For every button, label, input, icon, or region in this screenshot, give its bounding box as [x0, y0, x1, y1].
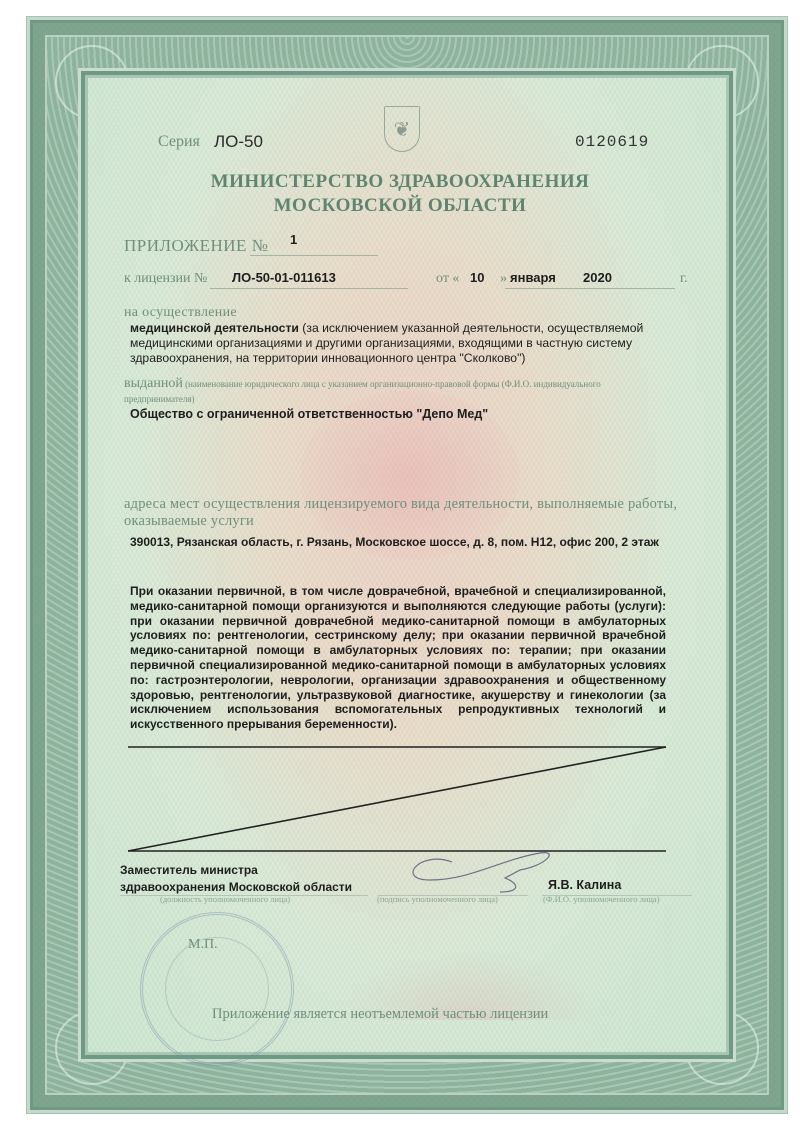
document-field	[85, 75, 729, 1055]
stamp-label: М.П.	[188, 937, 218, 953]
license-label: к лицензии №	[124, 271, 207, 287]
date-year: 2020	[583, 270, 612, 285]
signer-name: Я.В. Калина	[548, 878, 621, 892]
ministry-heading: МИНИСТЕРСТВО ЗДРАВООХРАНЕНИЯ МОСКОВСКОЙ …	[140, 170, 660, 218]
signer-title-line-1: Заместитель министра	[120, 862, 352, 879]
date-from-label: от «	[436, 271, 459, 287]
issued-label: выданной	[124, 376, 183, 391]
ministry-line-2: МОСКОВСКОЙ ОБЛАСТИ	[140, 194, 660, 218]
issued-hint: (наименование юридического лица с указан…	[183, 379, 601, 389]
date-month: января	[510, 270, 556, 285]
services-list: При оказании первичной, в том числе довр…	[130, 584, 666, 732]
date-year-suffix: г.	[680, 271, 688, 287]
signer-title: Заместитель министра здравоохранения Мос…	[120, 862, 352, 896]
ministry-line-1: МИНИСТЕРСТВО ЗДРАВООХРАНЕНИЯ	[140, 170, 660, 194]
address-label: адреса мест осуществления лицензируемого…	[124, 496, 704, 530]
license-number: ЛО-50-01-011613	[232, 270, 336, 285]
issued-hint-continued: предпринимателя)	[124, 394, 195, 404]
address-value: 390013, Рязанская область, г. Рязань, Мо…	[130, 535, 670, 550]
activity-label: на осуществление	[124, 305, 237, 321]
coat-of-arms-icon: ❦	[384, 106, 420, 152]
license-underline	[210, 288, 408, 289]
date-quote-close: »	[500, 271, 507, 287]
date-day: 10	[470, 270, 484, 285]
official-stamp	[140, 912, 294, 1066]
hint-signature: (подпись уполномоченного лица)	[377, 894, 498, 904]
series-label: Серия	[158, 133, 200, 151]
company-name: Общество с ограниченной ответственностью…	[130, 407, 488, 421]
activity-bold: медицинской деятельности	[130, 321, 299, 335]
serial-number: 0120619	[575, 133, 649, 151]
appendix-label: ПРИЛОЖЕНИЕ №	[124, 236, 268, 256]
series-value: ЛО-50	[214, 132, 263, 152]
hint-position: (должность уполномоченного лица)	[160, 894, 290, 904]
date-underline	[505, 288, 675, 289]
hint-name: (Ф.И.О. уполномоченного лица)	[543, 894, 660, 904]
issued-label-row: выданной (наименование юридического лица…	[124, 376, 601, 392]
footer-note: Приложение является неотъемлемой частью …	[212, 1006, 548, 1023]
appendix-underline	[250, 255, 378, 256]
activity-description: медицинской деятельности (за исключением…	[130, 321, 670, 366]
appendix-number: 1	[290, 232, 297, 247]
